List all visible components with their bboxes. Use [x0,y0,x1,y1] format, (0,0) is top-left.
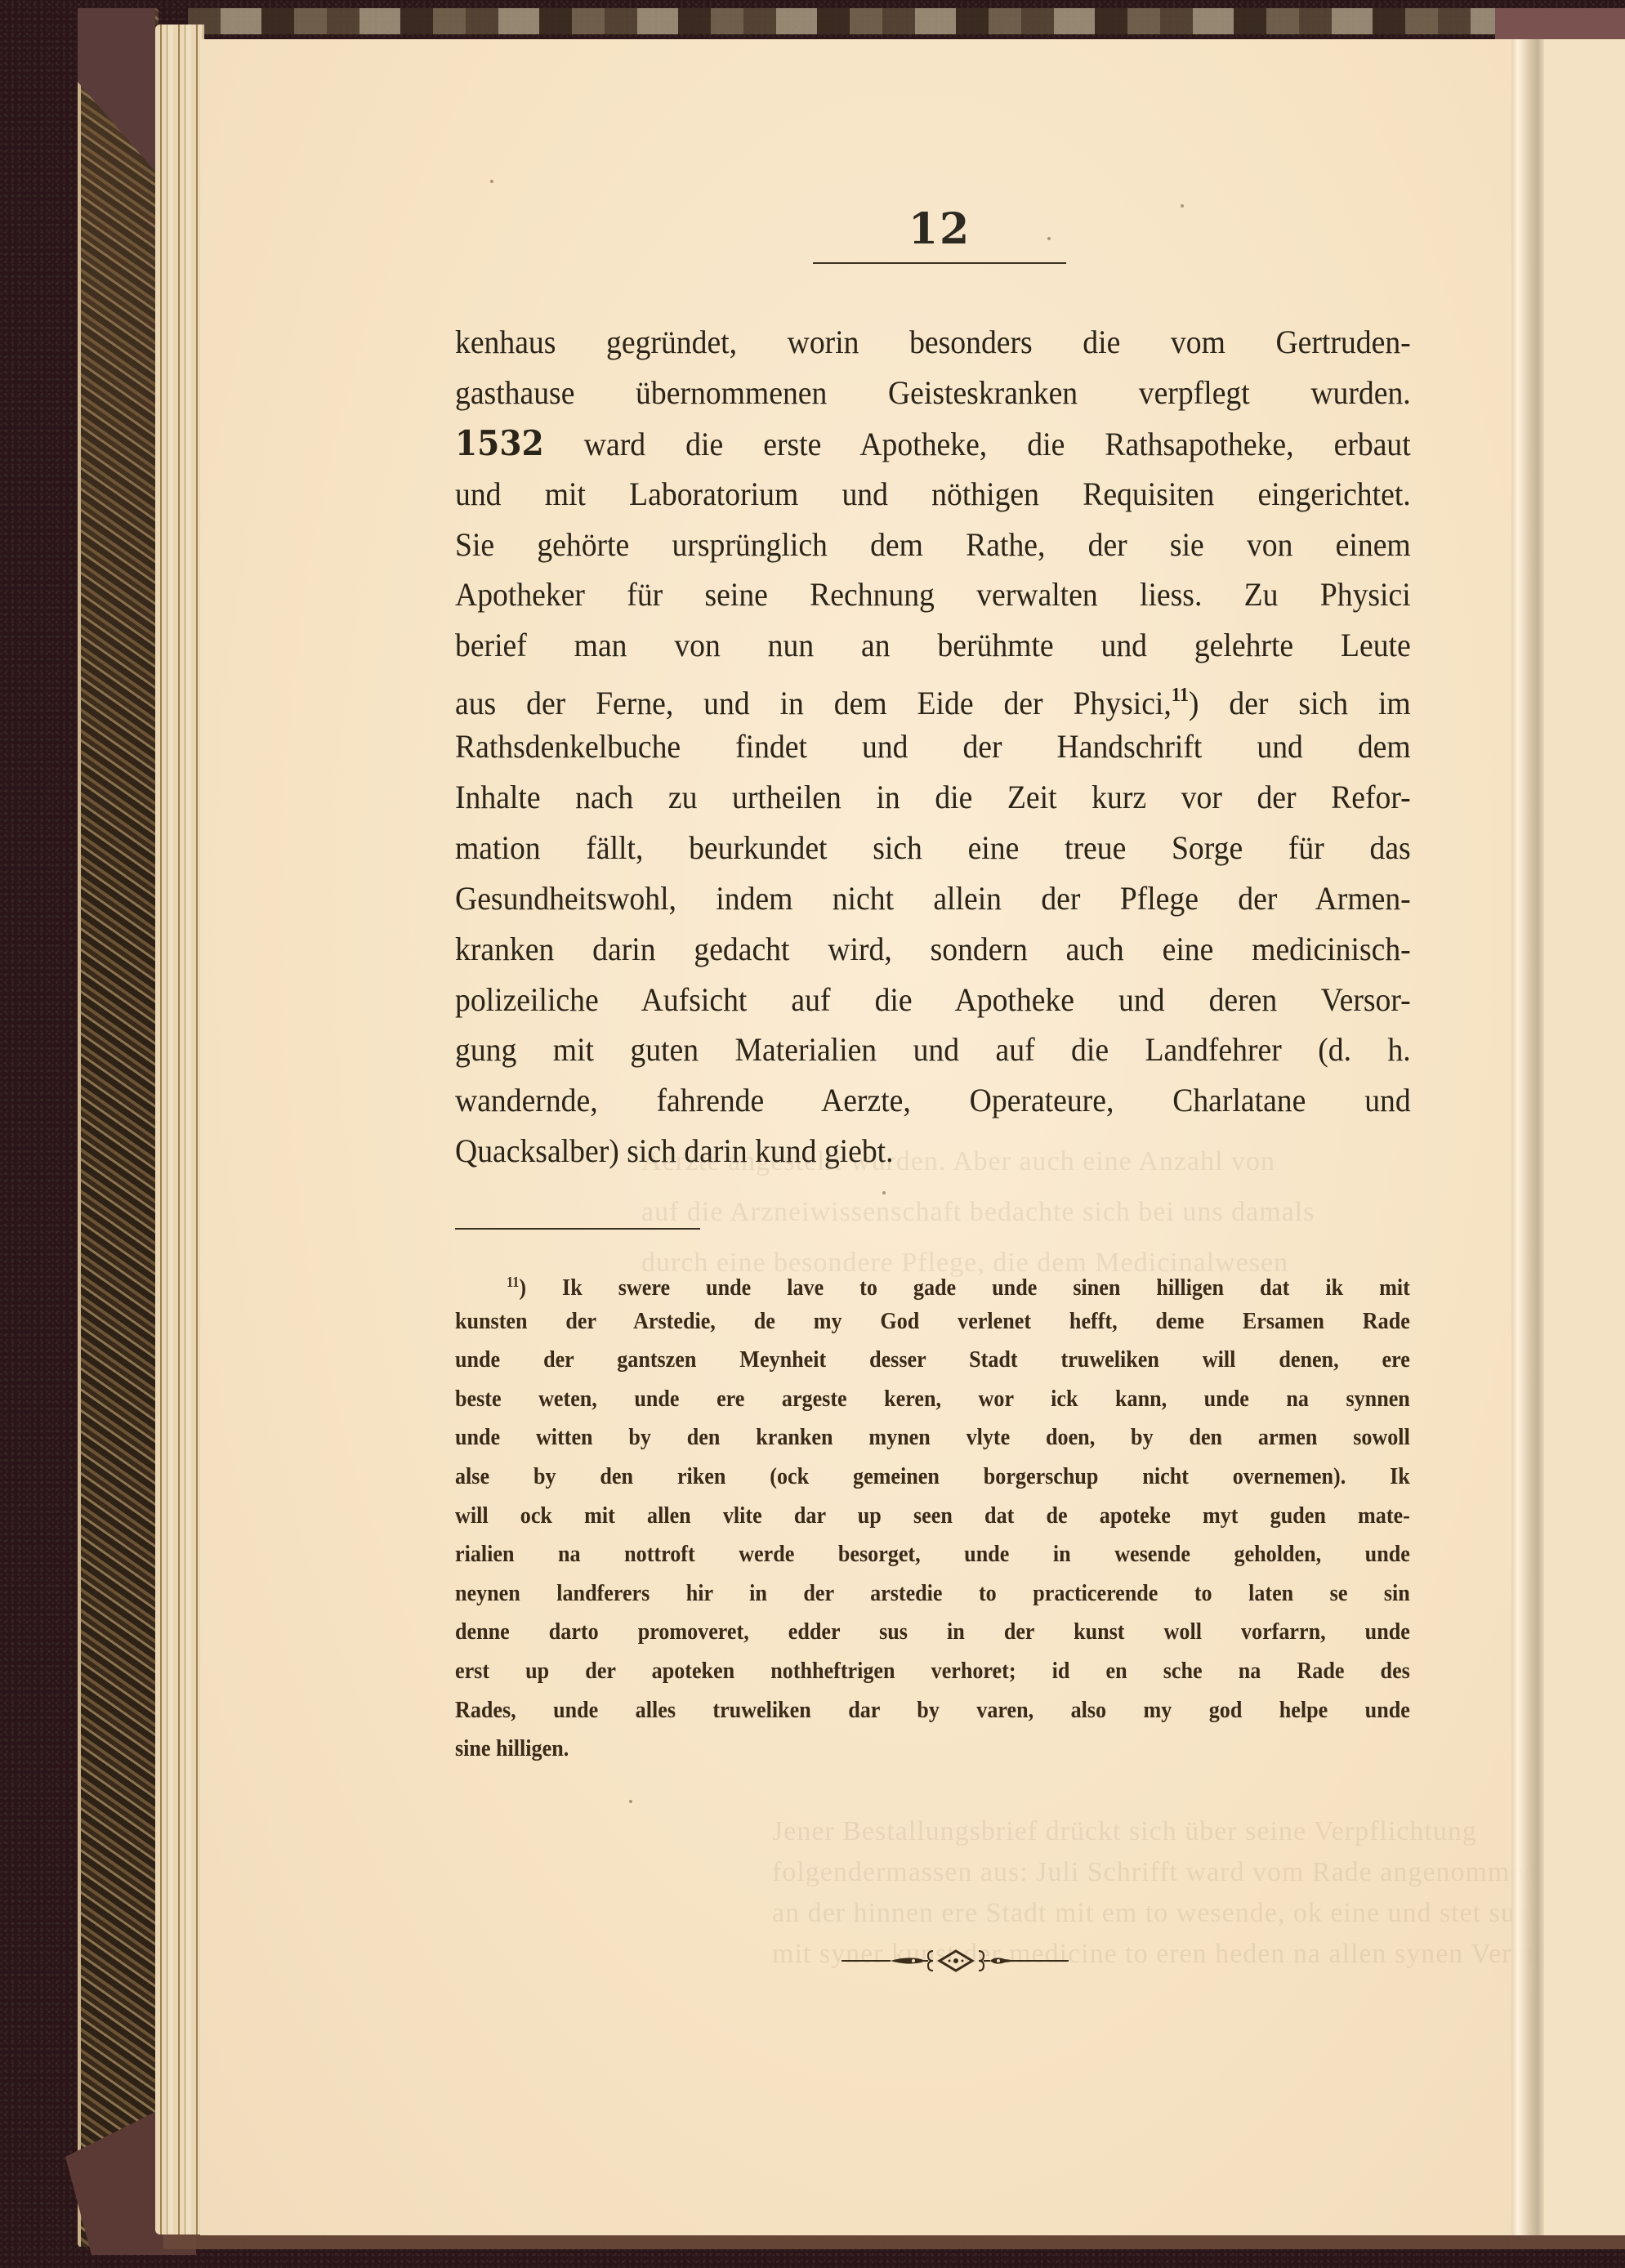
footnote-line: 11) Ik swere unde lave to gade unde sine… [455,1263,1410,1302]
body-line: 1532 ward die erste Apotheke, die Rathsa… [455,418,1411,469]
footnote: 11) Ik swere unde lave to gade unde sine… [455,1263,1411,1769]
body-line-text: ward die erste Apotheke, die Rathsapothe… [584,426,1411,462]
book-cover-marbled-edge [78,8,158,2247]
bleed-through-text: auf die Arzneiwissenschaft bedachte sich… [641,1197,1315,1228]
body-text: kenhaus gegründet, worin besonders die v… [455,317,1411,1176]
body-line-text: aus der Ferne, und in dem Eide der Physi… [455,685,1172,721]
fleuron-ornament-icon [809,1944,1078,1977]
paper-speck [1047,237,1051,240]
footnote-line: unde der gantszen Meynheit desser Stadt … [455,1341,1410,1380]
body-line: mation fällt, beurkundet sich eine treue… [455,823,1411,873]
page-number: 12 [817,204,1062,254]
body-line: Inhalte nach zu urtheilen in die Zeit ku… [455,772,1411,823]
body-line: wandernde, fahrende Aerzte, Operateure, … [455,1075,1411,1126]
paper-speck [882,1191,886,1194]
book-cover-bottom-edge [163,2235,1625,2249]
bleed-through-text: Jener Bestallungsbrief drückt sich über … [772,1816,1477,1847]
body-line: Apotheker für seine Rechnung verwalten l… [455,569,1411,620]
body-line: aus der Ferne, und in dem Eide der Physi… [455,671,1411,721]
book-cover-top-edge [188,8,1520,34]
year-bold: 1532 [455,423,544,463]
footnote-line: sine hilligen. [455,1730,1410,1769]
body-line: Sie gehörte ursprünglich dem Rathe, der … [455,520,1411,570]
facing-page-edge [1544,39,1625,2235]
footnote-line: alse by den riken (ock gemeinen borgersc… [455,1458,1410,1497]
body-line: kenhaus gegründet, worin besonders die v… [455,317,1411,368]
footnote-line: erst up der apoteken nothheftrigen verho… [455,1652,1410,1691]
paper-speck [1181,204,1184,208]
footnote-marker: 11 [507,1274,519,1290]
body-line: kranken darin gedacht wird, sondern auch… [455,924,1411,975]
bleed-through-text: an der hinnen ere Stadt mit em to wesend… [772,1898,1538,1929]
footnote-marker-paren: ) [519,1275,526,1301]
footnote-line: rialien na nottroft werde besorget, unde… [455,1535,1410,1574]
page-stack-edges [155,25,204,2235]
footnote-line-text: Ik swere unde lave to gade unde sinen hi… [562,1275,1410,1301]
body-line-text: der sich im [1229,685,1410,721]
footnote-line: beste weten, unde ere argeste keren, wor… [455,1380,1410,1419]
body-line: und mit Laboratorium und nöthigen Requis… [455,469,1411,520]
book-cover-right-edge [1495,8,1625,41]
body-line: Gesundheitswohl, indem nicht allein der … [455,873,1411,924]
footnote-line: unde witten by den kranken mynen vlyte d… [455,1418,1410,1458]
body-line: gung mit guten Materialien und auf die L… [455,1025,1411,1075]
body-line: Rathsdenkelbuche findet und der Handschr… [455,721,1411,772]
bleed-through-text: folgendermassen aus: Juli Schrifft ward … [772,1857,1538,1888]
body-line: polizeiliche Aufsicht auf die Apotheke u… [455,975,1411,1025]
footnote-line: denne darto promoveret, edder sus in der… [455,1613,1410,1652]
footnote-line: kunsten der Arstedie, de my God verlenet… [455,1302,1410,1342]
paper-speck [629,1800,632,1803]
footnote-separator-rule [455,1228,700,1230]
footnote-reference[interactable]: 11 [1172,685,1189,706]
body-line: Quacksalber) sich darin kund giebt. [455,1126,1411,1176]
body-line: gasthause übernommenen Geisteskranken ve… [455,368,1411,418]
footnote-line: Rades, unde alles truweliken dar by vare… [455,1691,1410,1730]
page-fold-gutter [1511,39,1544,2235]
body-line: berief man von nun an berühmte und geleh… [455,620,1411,671]
footnote-line: will ock mit allen vlite dar up seen dat… [455,1497,1410,1536]
paper-speck [490,180,493,183]
footnote-line: neynen landferers hir in der arstedie to… [455,1574,1410,1614]
header-rule [813,262,1066,264]
footnote-reference-paren: ) [1189,685,1199,721]
